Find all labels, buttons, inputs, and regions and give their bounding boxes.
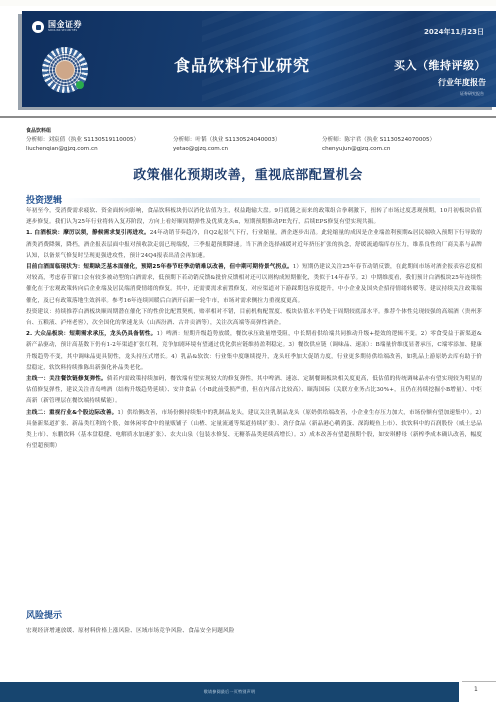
footer-bar: 敬请参阅最后一页特别声明 (0, 682, 459, 702)
section-title-risk: 风险提示 (26, 608, 62, 621)
headline: 政策催化预期改善，重视底部配置机会 (0, 164, 496, 183)
report-body: 年初至今，受消费需求疲软、资金面转向影响，食品饮料板块仍以消化估值为主，权益跑输… (26, 206, 482, 452)
page-number: 1 (474, 686, 478, 693)
analyst-info: 分析师：叶韬（执业 S1130524040003） (173, 136, 322, 145)
page-number-divider (462, 681, 496, 682)
wechat-badge-icon (76, 81, 84, 89)
paragraph: 目前白酒面临现状为：短期缺乏基本面催化，预期25年春节旺季动销难以改善，但中期可… (26, 262, 482, 307)
paragraph-lead: 主线二：重视行业&个股边际改善。 (26, 410, 117, 416)
analyst-info: 分析师：陈宇君（执业 S1130524070005） (322, 136, 435, 145)
top-strip (0, 0, 496, 6)
paragraph: 年初至今，受消费需求疲软、资金面转向影响，食品饮料板块仍以消化估值为主，权益跑输… (26, 206, 482, 228)
paragraph-lead: 主线一：关注餐饮链修复弹性。 (26, 376, 107, 382)
footer-disclaimer[interactable]: 敬请参阅最后一页特别声明 (204, 689, 256, 695)
report-date: 2024年11月23日 (424, 27, 484, 37)
risk-text: 宏观经济增速放缓、原材料价格上涨风险、区域市场竞争风险、食品安全问题风险 (26, 626, 235, 634)
analyst-email[interactable]: yetao@gjzq.com.cn (173, 145, 322, 154)
report-page: 国金证券 SINOLINK SECURITIES 食品饮料行业研究 2024年1… (0, 0, 496, 702)
paragraph: 投资建议：持续推荐白酒板块顺周期潜在催化下的性价比配置契机，赔率相对不错，目前机… (26, 307, 482, 329)
divider (0, 116, 496, 118)
paragraph-lead: 1. 白酒板块：摩厉以须，静候需求复引再进攻。 (26, 230, 150, 236)
logo-mark-icon (32, 21, 44, 33)
report-category: 食品饮料行业研究 (174, 53, 310, 76)
company-logo: 国金证券 SINOLINK SECURITIES (32, 21, 82, 33)
logo-en: SINOLINK SECURITIES (48, 30, 82, 33)
paragraph: 主线二：重视行业&个股边际改善。1）供给侧改善，市场份额持续集中的乳制品龙头，建… (26, 408, 482, 453)
qr-code-icon (42, 47, 88, 93)
paragraph: 1. 白酒板块：摩厉以须，静候需求复引再进攻。24年动销节奏趋冷，自Q2起景气下… (26, 228, 482, 262)
analyst-info: 分析师：刘宸倩（执业 S1130519110005） (26, 136, 173, 145)
paragraph-lead: 目前白酒面临现状为：短期缺乏基本面催化，预期25年春节旺季动销难以改善，但中期可… (26, 264, 293, 270)
analyst-email[interactable]: chenyujun@gjzq.com.cn (322, 145, 435, 154)
rating: 买入（维持评级） (394, 57, 486, 73)
team-name: 食品饮料组 (26, 127, 51, 134)
paragraph: 2. 大众品板块：短期需求承压，龙头仍具备韧性。1）啤酒：短期升级趋势放缓，餐饮… (26, 329, 482, 374)
analyst: 分析师：刘宸倩（执业 S1130519110005） liuchenqian@g… (26, 136, 173, 154)
analyst: 分析师：陈宇君（执业 S1130524070005） chenyujun@gjz… (322, 136, 435, 154)
paragraph: 主线一：关注餐饮链修复弹性。倘若内需政策持续加码，餐饮端有望实现较大的修复弹性，… (26, 374, 482, 408)
analyst: 分析师：叶韬（执业 S1130524040003） yetao@gjzq.com… (173, 136, 322, 154)
report-subtype: 证券研究报告 (460, 91, 484, 97)
section-title-bar (60, 198, 480, 203)
paragraph-lead: 2. 大众品板块：短期需求承压，龙头仍具备韧性。 (26, 331, 156, 337)
analyst-list: 分析师：刘宸倩（执业 S1130519110005） liuchenqian@g… (26, 136, 486, 154)
header-banner: 国金证券 SINOLINK SECURITIES 食品饮料行业研究 2024年1… (22, 11, 496, 107)
analyst-email[interactable]: liuchenqian@gjzq.com.cn (26, 145, 173, 154)
report-type: 行业年度报告 (438, 77, 486, 88)
section-title-invest: 投资逻辑 (26, 193, 62, 206)
